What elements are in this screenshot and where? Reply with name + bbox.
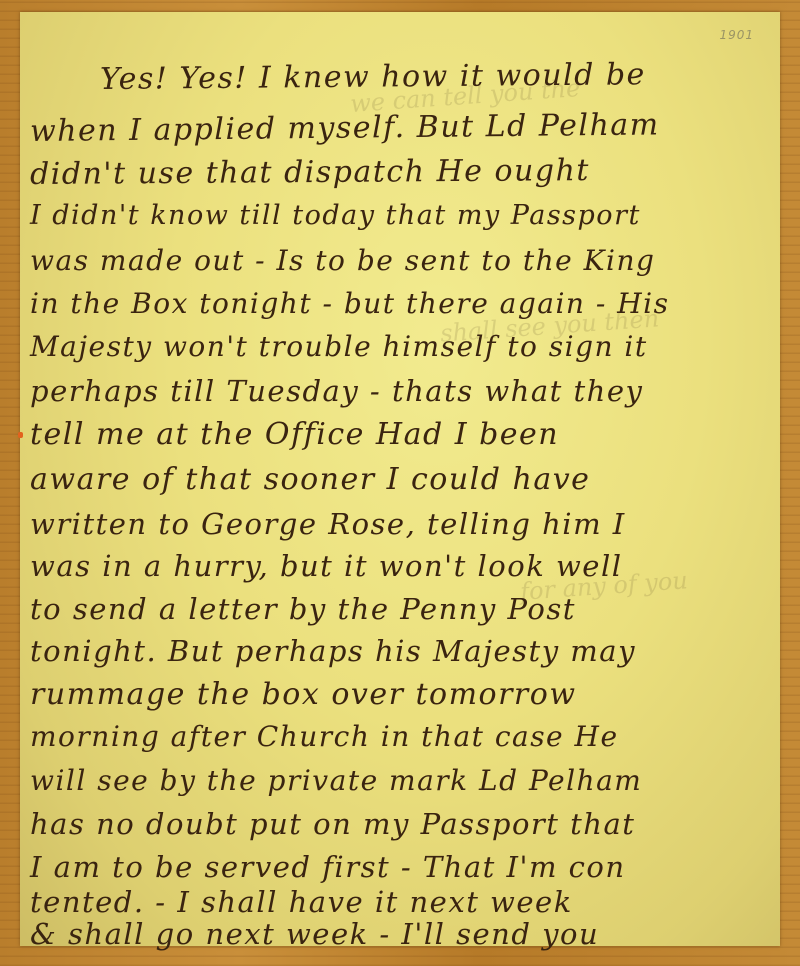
letter-line: morning after Church in that case He (30, 720, 772, 753)
letter-line: rummage the box over tomorrow (30, 677, 772, 712)
letter-line: I am to be served first - That I'm con (30, 850, 772, 884)
letter-line: was in a hurry, but it won't look well (30, 549, 772, 583)
letter-line: Majesty won't trouble himself to sign it (30, 330, 772, 363)
letter-line: Yes! Yes! I knew how it would be (100, 56, 772, 97)
letter-line: aware of that sooner I could have (30, 462, 772, 497)
letter-line: written to George Rose, telling him I (30, 507, 772, 541)
letter-line: when I applied myself. But Ld Pelham (30, 106, 772, 149)
letter-line: was made out - Is to be sent to the King (30, 244, 772, 277)
letter-line: perhaps till Tuesday - thats what they (30, 374, 772, 408)
letter-line: didn't use that dispatch He ought (30, 152, 772, 192)
paper-stain (18, 432, 23, 438)
letter-line: tented. - I shall have it next week (30, 885, 772, 919)
letter-line: will see by the private mark Ld Pelham (30, 764, 772, 797)
letter-line: tell me at the Office Had I been (30, 417, 772, 452)
letter-line: I didn't know till today that my Passpor… (30, 200, 772, 231)
letter-line: in the Box tonight - but there again - H… (30, 287, 772, 320)
letter-page: we can tell you the shall see you then f… (20, 12, 780, 946)
letter-line: tonight. But perhaps his Majesty may (30, 634, 772, 668)
handwritten-body: Yes! Yes! I knew how it would be when I … (20, 12, 780, 946)
letter-line: has no doubt put on my Passport that (30, 807, 772, 841)
letter-line: & shall go next week - I'll send you (30, 917, 772, 951)
letter-line: to send a letter by the Penny Post (30, 592, 772, 626)
